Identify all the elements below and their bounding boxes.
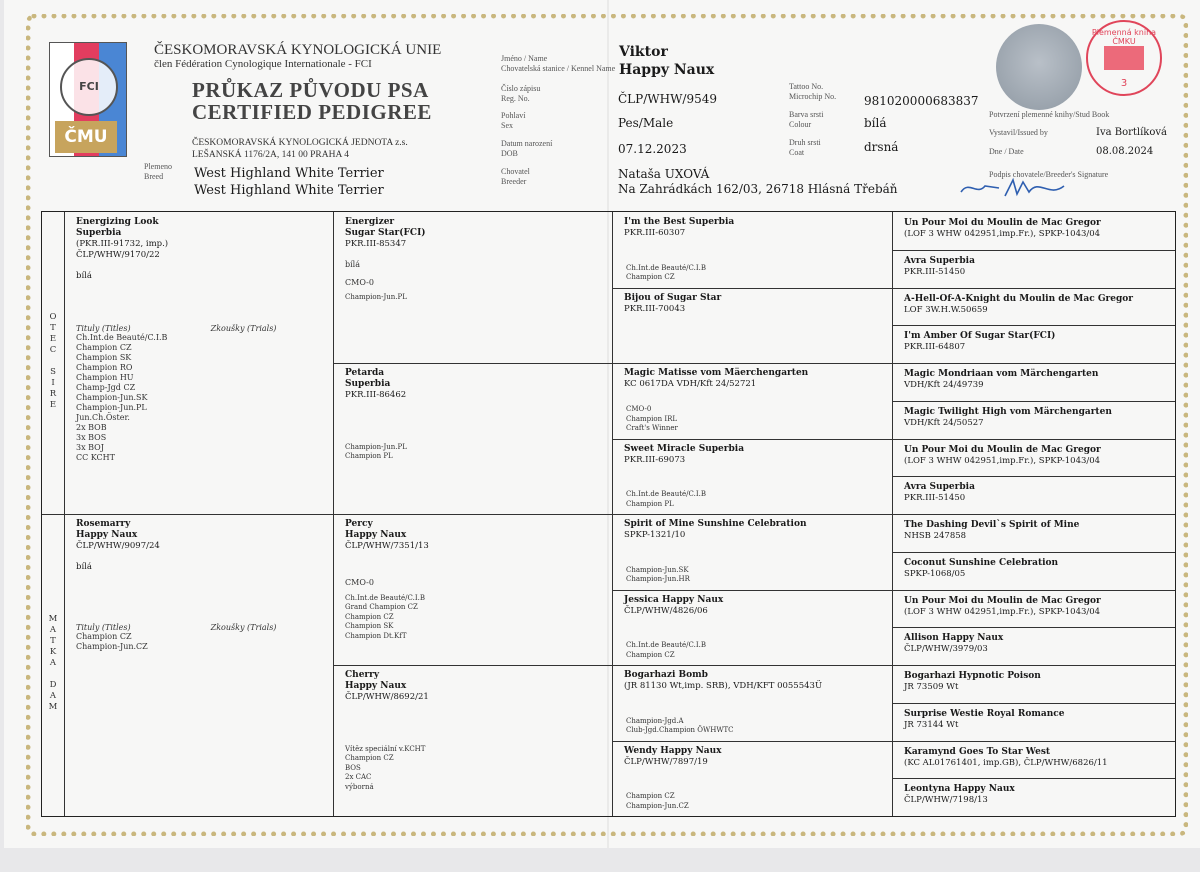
- reg-no: PKR.III-70043: [624, 304, 889, 315]
- title-item: Champion CZ: [626, 792, 689, 802]
- reg-no: PKR.III-85347: [345, 239, 600, 250]
- grandparent-cell: Bogarhazi Bomb(JR 81130 Wt,imp. SRB), VD…: [624, 670, 889, 738]
- name-label: Jméno / NameChovatelská stanice / Kennel…: [501, 54, 615, 74]
- reg-no: ČLP/WHW/7897/19: [624, 757, 889, 768]
- row-divider: [612, 741, 1175, 742]
- title-item: Champion HU: [76, 373, 326, 383]
- reg-no: PKR.III-51450: [904, 493, 1174, 504]
- title-item: Ch.Int.de Beauté/C.I.B: [76, 333, 326, 343]
- grandparent-cell: Bijou of Sugar StarPKR.III-70043: [624, 293, 889, 361]
- assoc-name: ČESKOMORAVSKÁ KYNOLOGICKÁ JEDNOTA z.s.: [192, 138, 408, 148]
- title-item: výborná: [345, 783, 600, 793]
- side-letter: [42, 356, 64, 367]
- side-letter: O: [42, 312, 64, 323]
- animal-name: Avra Superbia: [904, 256, 1174, 267]
- title-item: Champion-Jun.PL: [345, 293, 600, 303]
- great-grandparent-cell: Allison Happy NauxČLP/WHW/3979/03: [904, 633, 1174, 655]
- reg-no: ČLP/WHW/9170/22: [76, 250, 326, 261]
- animal-name: The Dashing Devil`s Spirit of Mine: [904, 520, 1174, 531]
- colour: bílá: [864, 116, 887, 130]
- title-item: Champion PL: [345, 452, 600, 462]
- reg-no: ČLP/WHW/4826/06: [624, 606, 889, 617]
- animal-name: Un Pour Moi du Moulin de Mac Gregor: [904, 596, 1174, 607]
- animal-name: I'm Amber Of Sugar Star(FCI): [904, 331, 1174, 342]
- reg-no: (LOF 3 WHW 042951,imp.Fr.), SPKP-1043/04: [904, 607, 1174, 618]
- title-item: 3x BOJ: [76, 443, 326, 453]
- title-item: Champion-Jun.SK: [626, 566, 690, 576]
- animal-name: Rosemarry: [76, 519, 326, 530]
- title-item: Champion-Jun.SK: [76, 393, 326, 403]
- title-item: Jun.Ch.Öster.: [76, 413, 326, 423]
- side-letter: K: [42, 647, 64, 658]
- date-label: Dne / Date: [989, 147, 1024, 157]
- grandparent-cell: I'm the Best SuperbiaPKR.III-60307Ch.Int…: [624, 217, 889, 285]
- fci-globe-icon: FCI: [60, 58, 118, 116]
- title-item: Champion-Jun.HR: [626, 575, 690, 585]
- title-item: 2x CAC: [345, 773, 600, 783]
- coat: drsná: [864, 140, 898, 154]
- reg-no: KC 0617DA VDH/Kft 24/52721: [624, 379, 889, 390]
- great-grandparent-cell: I'm Amber Of Sugar Star(FCI)PKR.III-6480…: [904, 331, 1174, 353]
- animal-name: Magic Twilight High vom Märchengarten: [904, 407, 1174, 418]
- great-grandparent-cell: Magic Twilight High vom MärchengartenVDH…: [904, 407, 1174, 429]
- reg-no: PKR.III-51450: [904, 267, 1174, 278]
- title-item: Ch.Int.de Beauté/C.I.B: [626, 264, 706, 274]
- title-item: Champion-Jun.CZ: [626, 802, 689, 812]
- animal-name: Magic Matisse vom Mäerchengarten: [624, 368, 889, 379]
- dog-kennel: Happy Naux: [619, 62, 714, 78]
- title-item: Vítěz speciální v.KCHT: [345, 745, 600, 755]
- dam-cell: RosemarryHappy NauxČLP/WHW/9097/24bíláTi…: [76, 519, 326, 652]
- side-letter: I: [42, 378, 64, 389]
- animal-name: Petarda: [345, 368, 600, 379]
- title-en: CERTIFIED PEDIGREE: [192, 100, 432, 125]
- animal-name: Leontyna Happy Naux: [904, 784, 1174, 795]
- hologram-seal-icon: [996, 24, 1082, 110]
- reg-no: JR 73144 Wt: [904, 720, 1174, 731]
- row-divider: [333, 363, 1175, 364]
- health: CMO-0: [345, 278, 600, 288]
- row-divider: [892, 778, 1175, 779]
- reg-no: (LOF 3 WHW 042951,imp.Fr.), SPKP-1043/04: [904, 456, 1174, 467]
- title-item: 2x BOB: [76, 423, 326, 433]
- side-letter: C: [42, 345, 64, 356]
- kennel-name: Happy Naux: [345, 530, 600, 541]
- animal-name: Magic Mondriaan vom Märchengarten: [904, 369, 1174, 380]
- row-divider: [892, 476, 1175, 477]
- reg-no: ČLP/WHW/3979/03: [904, 644, 1174, 655]
- assoc-address: LEŠANSKÁ 1176/2A, 141 00 PRAHA 4: [192, 150, 349, 160]
- reg-no: (JR 81130 Wt,imp. SRB), VDH/KFT 0055543Ü: [624, 681, 889, 692]
- grandparent-cell: Spirit of Mine Sunshine CelebrationSPKP-…: [624, 519, 889, 587]
- reg-no: ČLP/WHW/7351/13: [345, 541, 600, 552]
- row-divider: [892, 401, 1175, 402]
- title-item: Champ-Jgd CZ: [76, 383, 326, 393]
- pedigree-certificate: FCI ČMU ČESKOMORAVSKÁ KYNOLOGICKÁ UNIE č…: [4, 0, 1200, 848]
- reg-no: NHSB 247858: [904, 531, 1174, 542]
- great-grandparent-cell: Magic Mondriaan vom MärchengartenVDH/Kft…: [904, 369, 1174, 391]
- sex-label: PohlavíSex: [501, 111, 525, 131]
- reg-no: ČLP/WHW/7198/13: [904, 795, 1174, 806]
- colour-label: Barva srstiColour: [789, 110, 823, 130]
- microchip: 981020000683837: [864, 94, 979, 108]
- parent-cell: EnergizerSugar Star(FCI)PKR.III-85347bíl…: [345, 217, 600, 303]
- title-item: Champion CZ: [626, 651, 706, 661]
- grandparent-cell: Jessica Happy NauxČLP/WHW/4826/06Ch.Int.…: [624, 595, 889, 663]
- chip-label: Tattoo No.Microchip No.: [789, 82, 836, 102]
- animal-name: Energizing Look: [76, 217, 326, 228]
- titles-label: Tituly (Titles): [76, 623, 131, 632]
- title-item: Grand Champion CZ: [345, 603, 600, 613]
- title-item: Champion-Jgd.A: [626, 717, 734, 727]
- side-letter: M: [42, 702, 64, 713]
- sire-cell: Energizing LookSuperbia(PKR.III-91732, i…: [76, 217, 326, 463]
- title-item: Champion RO: [76, 363, 326, 373]
- issued-label: Vystavil/Issued by: [989, 128, 1048, 138]
- parent-cell: PercyHappy NauxČLP/WHW/7351/13CMO-0Ch.In…: [345, 519, 600, 641]
- great-grandparent-cell: Coconut Sunshine CelebrationSPKP-1068/05: [904, 558, 1174, 580]
- colour: bílá: [345, 260, 600, 270]
- animal-name: Bogarhazi Hypnotic Poison: [904, 671, 1174, 682]
- side-letter: S: [42, 367, 64, 378]
- great-grandparent-cell: Avra SuperbiaPKR.III-51450: [904, 482, 1174, 504]
- animal-name: Allison Happy Naux: [904, 633, 1174, 644]
- animal-name: Percy: [345, 519, 600, 530]
- reg-no: (PKR.III-91732, imp.): [76, 239, 326, 250]
- breeder-label: ChovatelBreeder: [501, 167, 530, 187]
- side-letter: T: [42, 323, 64, 334]
- reg-label: Číslo zápisuReg. No.: [501, 84, 540, 104]
- reg-no: ČLP/WHW/8692/21: [345, 692, 600, 703]
- org-subtitle: člen Fédération Cynologique Internationa…: [154, 58, 372, 70]
- row-divider: [612, 288, 1175, 289]
- health: [345, 729, 600, 739]
- breeder-name: Nataša UXOVÁ: [618, 167, 709, 181]
- row-divider: [612, 439, 1175, 440]
- title-item: BOS: [345, 764, 600, 774]
- breed-en: West Highland White Terrier: [194, 183, 384, 198]
- animal-name: Wendy Happy Naux: [624, 746, 889, 757]
- title-item: Champion CZ: [76, 343, 326, 353]
- reg-no: SPKP-1068/05: [904, 569, 1174, 580]
- colour: bílá: [76, 562, 326, 573]
- title-item: Champion PL: [626, 500, 706, 510]
- row-divider: [333, 665, 1175, 666]
- great-grandparent-cell: Bogarhazi Hypnotic PoisonJR 73509 Wt: [904, 671, 1174, 693]
- coat-label: Druh srstiCoat: [789, 138, 821, 158]
- row-divider: [612, 590, 1175, 591]
- animal-name: Coconut Sunshine Celebration: [904, 558, 1174, 569]
- row-divider: [892, 325, 1175, 326]
- animal-name: Bijou of Sugar Star: [624, 293, 889, 304]
- sire-side-label: OTEC SIRE: [42, 312, 64, 411]
- great-grandparent-cell: Karamynd Goes To Star West(KC AL01761401…: [904, 747, 1174, 769]
- row-divider: [892, 552, 1175, 553]
- org-name: ČESKOMORAVSKÁ KYNOLOGICKÁ UNIE: [154, 42, 441, 59]
- trials-label: Zkoušky (Trials): [211, 324, 277, 333]
- title-item: Champion SK: [345, 622, 600, 632]
- animal-name: Cherry: [345, 670, 600, 681]
- dam-side-label: MATKA DAM: [42, 614, 64, 713]
- side-letter: E: [42, 400, 64, 411]
- title-item: Champion CZ: [345, 754, 600, 764]
- trials-label: Zkoušky (Trials): [211, 623, 277, 632]
- great-grandparent-cell: A-Hell-Of-A-Knight du Moulin de Mac Greg…: [904, 294, 1174, 316]
- title-item: Champion-Jun.PL: [76, 403, 326, 413]
- title-item: Ch.Int.de Beauté/C.I.B: [345, 594, 600, 604]
- reg-no: PKR.III-69073: [624, 455, 889, 466]
- dog-name: Viktor: [619, 44, 668, 60]
- kennel-name: Superbia: [76, 228, 326, 239]
- great-grandparent-cell: Leontyna Happy NauxČLP/WHW/7198/13: [904, 784, 1174, 806]
- side-letter: R: [42, 389, 64, 400]
- title-item: CMO-0: [626, 405, 678, 415]
- title-item: Champion Dt.KfT: [345, 632, 600, 642]
- animal-name: Sweet Miracle Superbia: [624, 444, 889, 455]
- breed-cz: West Highland White Terrier: [194, 166, 384, 181]
- issue-date: 08.08.2024: [1096, 146, 1153, 157]
- breed-label: PlemenoBreed: [144, 162, 172, 182]
- grandparent-cell: Wendy Happy NauxČLP/WHW/7897/19Champion …: [624, 746, 889, 814]
- grandparent-cell: Magic Matisse vom MäerchengartenKC 0617D…: [624, 368, 889, 436]
- pedigree-table: OTEC SIREMATKA DAMEnergizing LookSuperbi…: [41, 211, 1176, 817]
- sex: Pes/Male: [618, 116, 673, 130]
- side-letter: A: [42, 691, 64, 702]
- side-letter: A: [42, 625, 64, 636]
- animal-name: Surprise Westie Royal Romance: [904, 709, 1174, 720]
- cmu-logo-icon: ČMU: [55, 121, 117, 153]
- issued-by: Iva Bortlíková: [1096, 127, 1167, 138]
- great-grandparent-cell: The Dashing Devil`s Spirit of MineNHSB 2…: [904, 520, 1174, 542]
- animal-name: Un Pour Moi du Moulin de Mac Gregor: [904, 445, 1174, 456]
- kennel-name: Happy Naux: [76, 530, 326, 541]
- title-item: Champion CZ: [76, 632, 326, 642]
- kennel-name: Superbia: [345, 379, 600, 390]
- reg-no: (KC AL01761401, imp.GB), ČLP/WHW/6826/11: [904, 758, 1174, 769]
- colour: bílá: [76, 271, 326, 282]
- row-divider: [892, 703, 1175, 704]
- health: [345, 427, 600, 437]
- title-item: Ch.Int.de Beauté/C.I.B: [626, 641, 706, 651]
- studbook-confirm-label: Potvrzení plemenné knihy/Stud Book: [989, 110, 1109, 120]
- side-letter: T: [42, 636, 64, 647]
- side-letter: [42, 669, 64, 680]
- kennel-name: Sugar Star(FCI): [345, 228, 600, 239]
- studbook-stamp-icon: Plemenná kniha ČMKU 3: [1086, 20, 1162, 96]
- side-letter: E: [42, 334, 64, 345]
- reg-no: JR 73509 Wt: [904, 682, 1174, 693]
- grandparent-cell: Sweet Miracle SuperbiaPKR.III-69073Ch.In…: [624, 444, 889, 512]
- title-item: Champion SK: [76, 353, 326, 363]
- title-item: Club-Jgd.Champion ÖWHWTC: [626, 726, 734, 736]
- great-grandparent-cell: Un Pour Moi du Moulin de Mac Gregor(LOF …: [904, 445, 1174, 467]
- great-grandparent-cell: Surprise Westie Royal RomanceJR 73144 Wt: [904, 709, 1174, 731]
- title-item: Champion CZ: [345, 613, 600, 623]
- row-divider: [892, 627, 1175, 628]
- dob: 07.12.2023: [618, 142, 687, 156]
- reg-no: ČLP/WHW/9549: [618, 92, 717, 106]
- great-grandparent-cell: Un Pour Moi du Moulin de Mac Gregor(LOF …: [904, 596, 1174, 618]
- animal-name: Avra Superbia: [904, 482, 1174, 493]
- reg-no: (LOF 3 WHW 042951,imp.Fr.), SPKP-1043/04: [904, 229, 1174, 240]
- side-letter: A: [42, 658, 64, 669]
- reg-no: VDH/Kft 24/49739: [904, 380, 1174, 391]
- dob-label: Datum narozeníDOB: [501, 139, 552, 159]
- title-item: CC KCHT: [76, 453, 326, 463]
- reg-no: ČLP/WHW/9097/24: [76, 541, 326, 552]
- title-item: Champion CZ: [626, 273, 706, 283]
- parent-cell: CherryHappy NauxČLP/WHW/8692/21 Vítěz sp…: [345, 670, 600, 792]
- parent-cell: PetardaSuperbiaPKR.III-86462 Champion-Ju…: [345, 368, 600, 462]
- great-grandparent-cell: Un Pour Moi du Moulin de Mac Gregor(LOF …: [904, 218, 1174, 240]
- animal-name: Jessica Happy Naux: [624, 595, 889, 606]
- reg-no: VDH/Kft 24/50527: [904, 418, 1174, 429]
- side-letter: M: [42, 614, 64, 625]
- side-letter: D: [42, 680, 64, 691]
- breeder-address: Na Zahrádkách 162/03, 26718 Hlásná Třebá…: [618, 182, 898, 196]
- reg-no: LOF 3W.H.W.50659: [904, 305, 1174, 316]
- reg-no: SPKP-1321/10: [624, 530, 889, 541]
- row-divider: [42, 514, 1175, 515]
- breeder-signature: [959, 176, 1069, 200]
- reg-no: PKR.III-60307: [624, 228, 889, 239]
- title-item: Champion IRL: [626, 415, 678, 425]
- animal-name: Energizer: [345, 217, 600, 228]
- animal-name: A-Hell-Of-A-Knight du Moulin de Mac Greg…: [904, 294, 1174, 305]
- titles-label: Tituly (Titles): [76, 324, 131, 333]
- title-item: Craft's Winner: [626, 424, 678, 434]
- great-grandparent-cell: Avra SuperbiaPKR.III-51450: [904, 256, 1174, 278]
- cmku-fci-logo: FCI ČMU: [49, 42, 127, 157]
- animal-name: Spirit of Mine Sunshine Celebration: [624, 519, 889, 530]
- health: CMO-0: [345, 578, 600, 588]
- animal-name: Bogarhazi Bomb: [624, 670, 889, 681]
- title-item: 3x BOS: [76, 433, 326, 443]
- animal-name: I'm the Best Superbia: [624, 217, 889, 228]
- kennel-name: Happy Naux: [345, 681, 600, 692]
- row-divider: [892, 250, 1175, 251]
- title-item: Champion-Jun.CZ: [76, 642, 326, 652]
- animal-name: Un Pour Moi du Moulin de Mac Gregor: [904, 218, 1174, 229]
- reg-no: PKR.III-86462: [345, 390, 600, 401]
- reg-no: PKR.III-64807: [904, 342, 1174, 353]
- animal-name: Karamynd Goes To Star West: [904, 747, 1174, 758]
- title-item: Ch.Int.de Beauté/C.I.B: [626, 490, 706, 500]
- title-item: Champion-Jun.PL: [345, 443, 600, 453]
